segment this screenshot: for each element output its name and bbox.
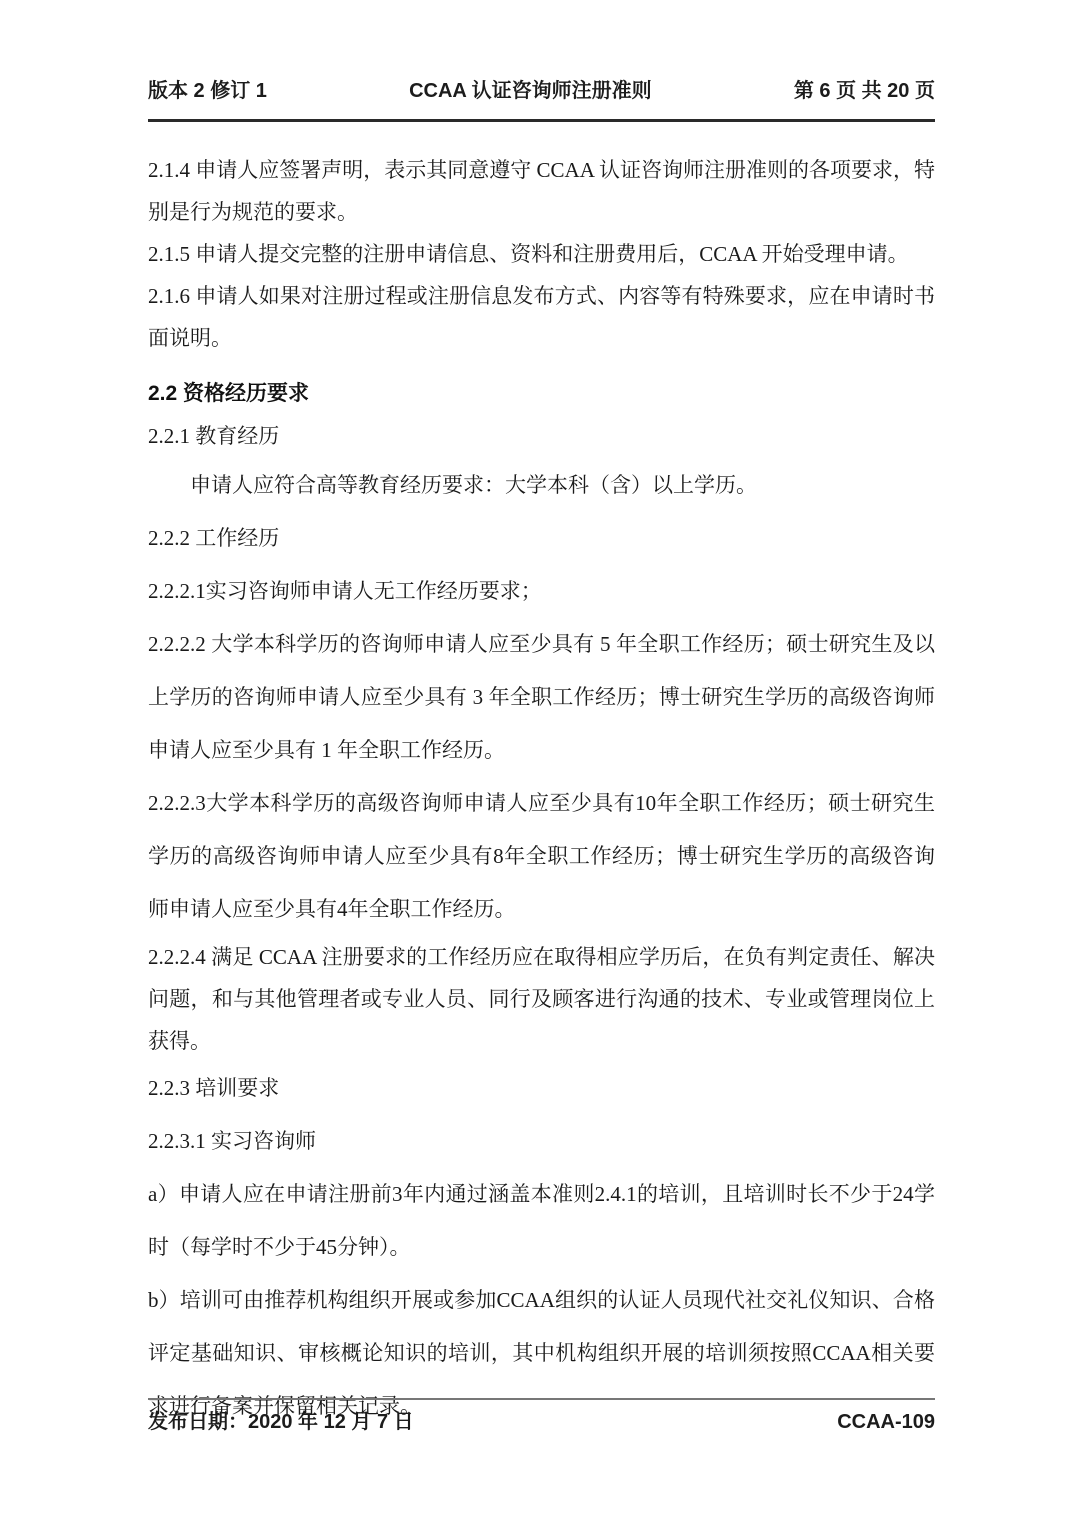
footer-document-number: CCAA-109: [837, 1411, 935, 1434]
document-page: 版本 2 修订 1 CCAA 认证咨询师注册准则 第 6 页 共 20 页 2.…: [0, 0, 1080, 1527]
paragraph-2-1-4: 2.1.4 申请人应签署声明，表示其同意遵守 CCAA 认证咨询师注册准则的各项…: [148, 149, 935, 233]
paragraph-2-1-6: 2.1.6 申请人如果对注册过程或注册信息发布方式、内容等有特殊要求，应在申请时…: [148, 275, 935, 359]
subsection-2-2-2: 2.2.2 工作经历: [148, 512, 935, 565]
paragraph-2-2-2-4: 2.2.2.4 满足 CCAA 注册要求的工作经历应在取得相应学历后，在负有判定…: [148, 936, 935, 1062]
header-document-title: CCAA 认证咨询师注册准则: [409, 74, 652, 103]
paragraph-item-a: a）申请人应在申请注册前3年内通过涵盖本准则2.4.1的培训，且培训时长不少于2…: [148, 1168, 935, 1274]
paragraph-2-2-2-2: 2.2.2.2 大学本科学历的咨询师申请人应至少具有 5 年全职工作经历；硕士研…: [148, 618, 935, 777]
subsection-2-2-3: 2.2.3 培训要求: [148, 1062, 935, 1115]
subsection-2-2-1: 2.2.1 教育经历: [148, 415, 935, 457]
document-body: 2.1.4 申请人应签署声明，表示其同意遵守 CCAA 认证咨询师注册准则的各项…: [148, 149, 935, 1433]
page-footer: 发布日期：2020 年 12 月 7 日 CCAA-109: [148, 1398, 935, 1434]
paragraph-2-2-1-text: 申请人应符合高等教育经历要求：大学本科（含）以上学历。: [148, 459, 935, 512]
header-version: 版本 2 修订 1: [148, 74, 267, 103]
page-header: 版本 2 修订 1 CCAA 认证咨询师注册准则 第 6 页 共 20 页: [148, 74, 935, 122]
subsection-2-2-3-1: 2.2.3.1 实习咨询师: [148, 1115, 935, 1168]
header-page-number: 第 6 页 共 20 页: [794, 74, 935, 103]
paragraph-2-2-2-3: 2.2.2.3大学本科学历的高级咨询师申请人应至少具有10年全职工作经历；硕士研…: [148, 777, 935, 936]
paragraph-2-2-2-1: 2.2.2.1实习咨询师申请人无工作经历要求；: [148, 565, 935, 618]
section-heading-2-2: 2.2 资格经历要求: [148, 373, 935, 415]
footer-release-date: 发布日期：2020 年 12 月 7 日: [148, 1405, 414, 1434]
paragraph-2-1-5: 2.1.5 申请人提交完整的注册申请信息、资料和注册费用后，CCAA 开始受理申…: [148, 233, 935, 275]
